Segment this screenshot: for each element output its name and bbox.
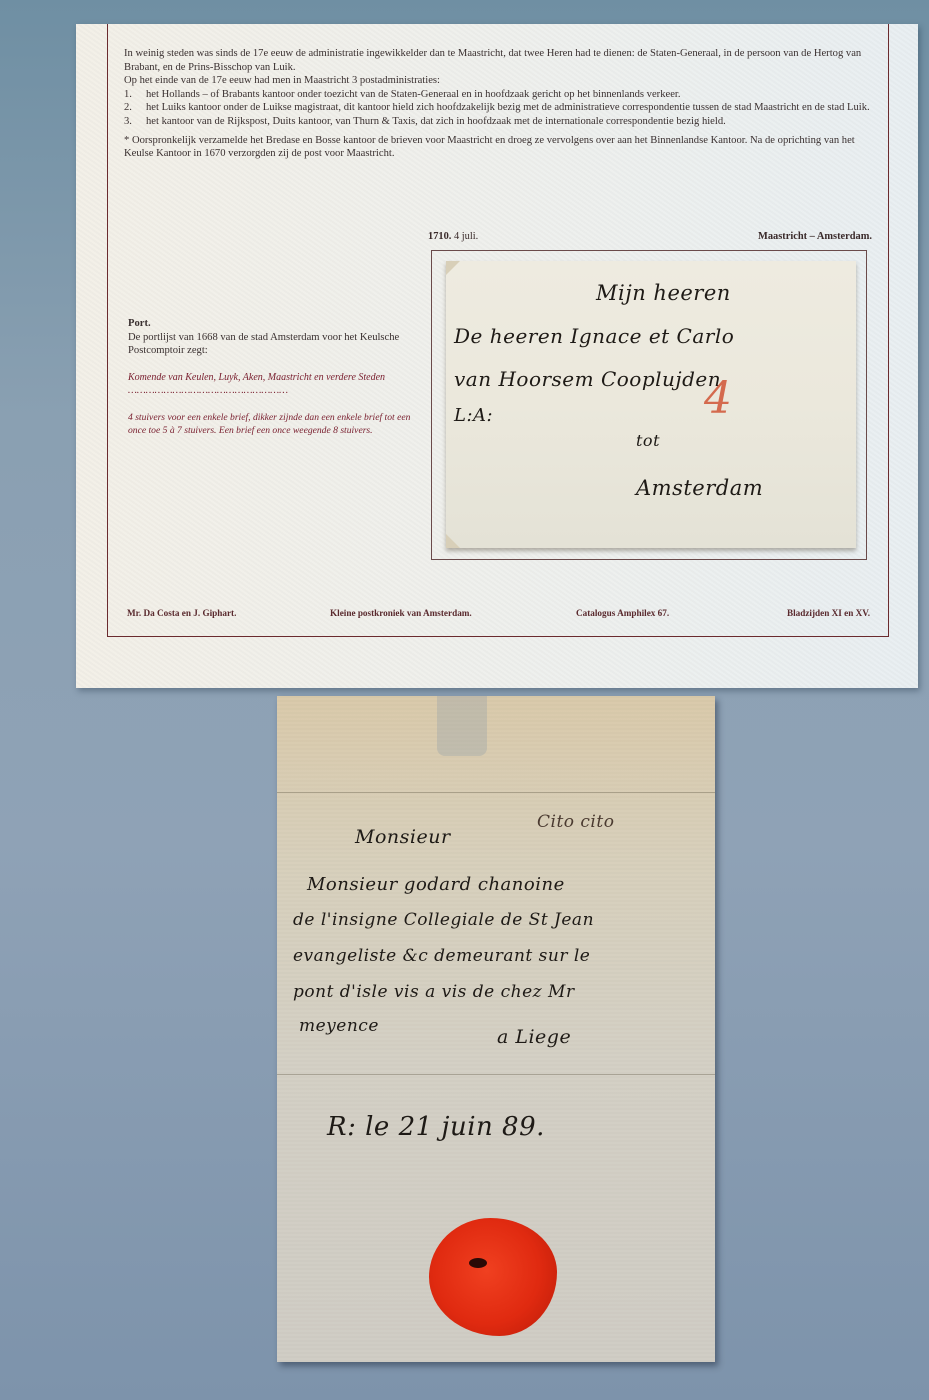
handwriting-line: meyence — [299, 1016, 379, 1036]
postadministraties-list: 1.het Hollands – of Brabants kantoor ond… — [124, 88, 874, 129]
photo-corner — [446, 534, 460, 548]
handwriting-line: a Liege — [497, 1026, 571, 1048]
red-rate-mark: 4 — [704, 373, 732, 424]
handwriting-line: Amsterdam — [636, 476, 763, 500]
footer-pages: Bladzijden XI en XV. — [787, 608, 870, 618]
handwriting-line: de l'insigne Collegiale de St Jean — [293, 910, 594, 930]
port-text: De portlijst van 1668 van de stad Amster… — [128, 331, 418, 358]
list-item: 1.het Hollands – of Brabants kantoor ond… — [124, 88, 874, 102]
handwriting-line: De heeren Ignace et Carlo — [454, 324, 734, 348]
folded-letter-liege: Cito cito Monsieur Monsieur godard chano… — [277, 696, 715, 1362]
handwriting-line: tot — [636, 431, 660, 450]
handwriting-line: Monsieur godard chanoine — [307, 874, 565, 895]
handwriting-line: evangeliste &c demeurant sur le — [293, 946, 590, 966]
fold-line — [277, 792, 715, 793]
port-section: Port. De portlijst van 1668 van de stad … — [128, 317, 418, 437]
fold-line — [277, 1074, 715, 1075]
intro-text: In weinig steden was sinds de 17e eeuw d… — [124, 47, 874, 161]
list-item: 2.het Luiks kantoor onder de Luikse magi… — [124, 101, 874, 115]
corner-note: Cito cito — [537, 812, 614, 832]
port-title: Port. — [128, 317, 418, 331]
footer-authors: Mr. Da Costa en J. Giphart. — [127, 608, 236, 618]
torn-flap — [437, 696, 487, 756]
handwriting-line: Monsieur — [355, 826, 451, 848]
cover-date: 1710. 4 juli. — [428, 231, 478, 242]
footer-catalogue: Catalogus Amphilex 67. — [576, 608, 669, 618]
handwriting-line: van Hoorsem Cooplujden — [454, 367, 721, 391]
intro-note: * Oorspronkelijk verzamelde het Bredase … — [124, 134, 874, 161]
handwriting-line: Mijn heeren — [596, 281, 731, 305]
receipt-docket: R: le 21 juin 89. — [327, 1112, 545, 1142]
cover-mount: Mijn heeren De heeren Ignace et Carlo va… — [431, 250, 867, 560]
handwriting-line: L:A: — [454, 405, 493, 426]
photo-corner — [446, 261, 460, 275]
list-item: 3.het kantoor van de Rijkspost, Duits ka… — [124, 115, 874, 129]
cover-letter-1710: Mijn heeren De heeren Ignace et Carlo va… — [446, 261, 856, 548]
handwriting-line: pont d'isle vis a vis de chez Mr — [293, 982, 575, 1002]
port-rates: 4 stuivers voor een enkele brief, dikker… — [128, 411, 418, 437]
port-quote: Komende van Keulen, Luyk, Aken, Maastric… — [128, 371, 418, 398]
cover-route: Maastricht – Amsterdam. — [758, 231, 872, 242]
red-wax-seal — [429, 1218, 557, 1336]
footer-book: Kleine postkroniek van Amsterdam. — [330, 608, 472, 618]
seal-stain — [469, 1258, 487, 1268]
intro-paragraph-2: Op het einde van de 17e eeuw had men in … — [124, 74, 874, 88]
intro-paragraph-1: In weinig steden was sinds de 17e eeuw d… — [124, 47, 874, 74]
album-page: In weinig steden was sinds de 17e eeuw d… — [76, 24, 918, 688]
